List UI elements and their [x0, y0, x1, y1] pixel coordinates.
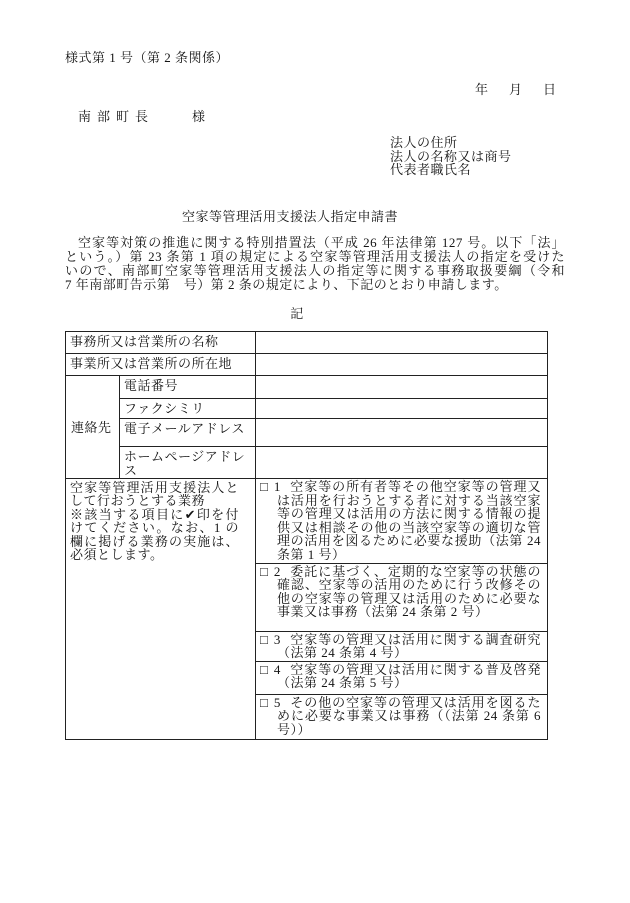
table-row: 連絡先 電話番号 — [66, 376, 548, 399]
services-items: □1空家等の所有者等その他空家等の管理又は活用を行おうとする者に対する当該空家等… — [256, 479, 547, 739]
table-row: ファクシミリ — [66, 399, 548, 419]
sender-name-label: 法人の名称又は商号 — [390, 150, 512, 164]
body-line: 空家等対策の推進に関する特別措置法（平成 26 年法律第 127 号。以下「法」 — [65, 236, 565, 250]
email-label: 電子メールアドレス — [120, 419, 256, 447]
checkbox-icon[interactable]: □ — [260, 632, 269, 647]
date-line: 年 月 日 — [475, 79, 560, 98]
checkbox-icon[interactable]: □ — [260, 662, 269, 677]
service-item-3: □3空家等の管理又は活用に関する調査研究（法第 24 条第 4 号） — [256, 632, 547, 662]
table-row: ホームページアドレス — [66, 447, 548, 479]
table-row: 事務所又は営業所の名称 — [66, 332, 548, 354]
phone-label: 電話番号 — [120, 376, 256, 399]
services-note: ※該当する項目に✔印を付けてください。なお、1 の欄に掲げる業務の実施は、必須と… — [70, 508, 239, 562]
services-items-cell: □1空家等の所有者等その他空家等の管理又は活用を行おうとする者に対する当該空家等… — [256, 479, 548, 740]
contact-label: 連絡先 — [66, 376, 120, 479]
website-value[interactable] — [256, 447, 548, 479]
office-address-value[interactable] — [256, 354, 548, 376]
office-address-label: 事業所又は営業所の所在地 — [66, 354, 256, 376]
website-label: ホームページアドレス — [120, 447, 256, 479]
record-heading: 記 — [0, 303, 594, 322]
office-name-label: 事務所又は営業所の名称 — [66, 332, 256, 354]
service-item-5: □5その他の空家等の管理又は活用を図るために必要な事業又は事務（（法第 24 条… — [256, 695, 547, 739]
table-row: 事業所又は営業所の所在地 — [66, 354, 548, 376]
form-number: 様式第 1 号（第 2 条関係） — [65, 47, 229, 66]
office-name-value[interactable] — [256, 332, 548, 354]
service-item-text: 空家等の管理又は活用に関する調査研究（法第 24 条第 4 号） — [277, 632, 541, 661]
fax-label: ファクシミリ — [120, 399, 256, 419]
service-item-text: その他の空家等の管理又は活用を図るために必要な事業又は事務（（法第 24 条第 … — [277, 695, 541, 737]
addressee-name: 南部町長 — [78, 109, 154, 124]
checkbox-icon[interactable]: □ — [260, 564, 269, 579]
application-form-page: 様式第 1 号（第 2 条関係） 年 月 日 南部町長様 法人の住所 法人の名称… — [0, 0, 630, 903]
service-item-text: 空家等の所有者等その他空家等の管理又は活用を行おうとする者に対する当該空家等の管… — [277, 479, 541, 562]
service-item-text: 委託に基づく、定期的な空家等の状態の確認、空家等の活用のために行う改修その他の空… — [277, 564, 541, 620]
checkbox-icon[interactable]: □ — [260, 695, 269, 710]
service-item-1: □1空家等の所有者等その他空家等の管理又は活用を行おうとする者に対する当該空家等… — [256, 479, 547, 564]
service-item-2: □2委託に基づく、定期的な空家等の状態の確認、空家等の活用のために行う改修その他… — [256, 564, 547, 632]
sender-block: 法人の住所 法人の名称又は商号 代表者職氏名 — [390, 136, 512, 177]
services-heading: 空家等管理活用支援法人として行おうとする業務 — [70, 481, 239, 508]
addressee-line: 南部町長様 — [78, 106, 206, 125]
checkbox-icon[interactable]: □ — [260, 479, 269, 494]
document-title: 空家等管理活用支援法人指定申請書 — [0, 206, 580, 225]
body-line: という。）第 23 条第 1 項の規定による空家等管理活用支援法人の指定を受けた — [65, 250, 565, 264]
service-item-text: 空家等の管理又は活用に関する普及啓発（法第 24 条第 5 号） — [277, 662, 541, 691]
sender-representative-label: 代表者職氏名 — [390, 163, 512, 177]
sender-address-label: 法人の住所 — [390, 136, 512, 150]
addressee-honorific: 様 — [192, 109, 206, 124]
body-paragraph: 空家等対策の推進に関する特別措置法（平成 26 年法律第 127 号。以下「法」… — [65, 236, 565, 292]
table-row: 空家等管理活用支援法人として行おうとする業務 ※該当する項目に✔印を付けてくださ… — [66, 479, 548, 740]
body-line: いので、南部町空家等管理活用支援法人の指定等に関する事務取扱要綱（令和 — [65, 264, 565, 278]
table-row: 電子メールアドレス — [66, 419, 548, 447]
service-item-4: □4空家等の管理又は活用に関する普及啓発（法第 24 条第 5 号） — [256, 662, 547, 695]
services-label-cell: 空家等管理活用支援法人として行おうとする業務 ※該当する項目に✔印を付けてくださ… — [66, 479, 256, 740]
fax-value[interactable] — [256, 399, 548, 419]
email-value[interactable] — [256, 419, 548, 447]
body-line: 7 年南部町告示第 号）第 2 条の規定により、下記のとおり申請します。 — [65, 278, 565, 292]
phone-value[interactable] — [256, 376, 548, 399]
application-table: 事務所又は営業所の名称 事業所又は営業所の所在地 連絡先 電話番号 ファクシミリ… — [65, 331, 548, 740]
